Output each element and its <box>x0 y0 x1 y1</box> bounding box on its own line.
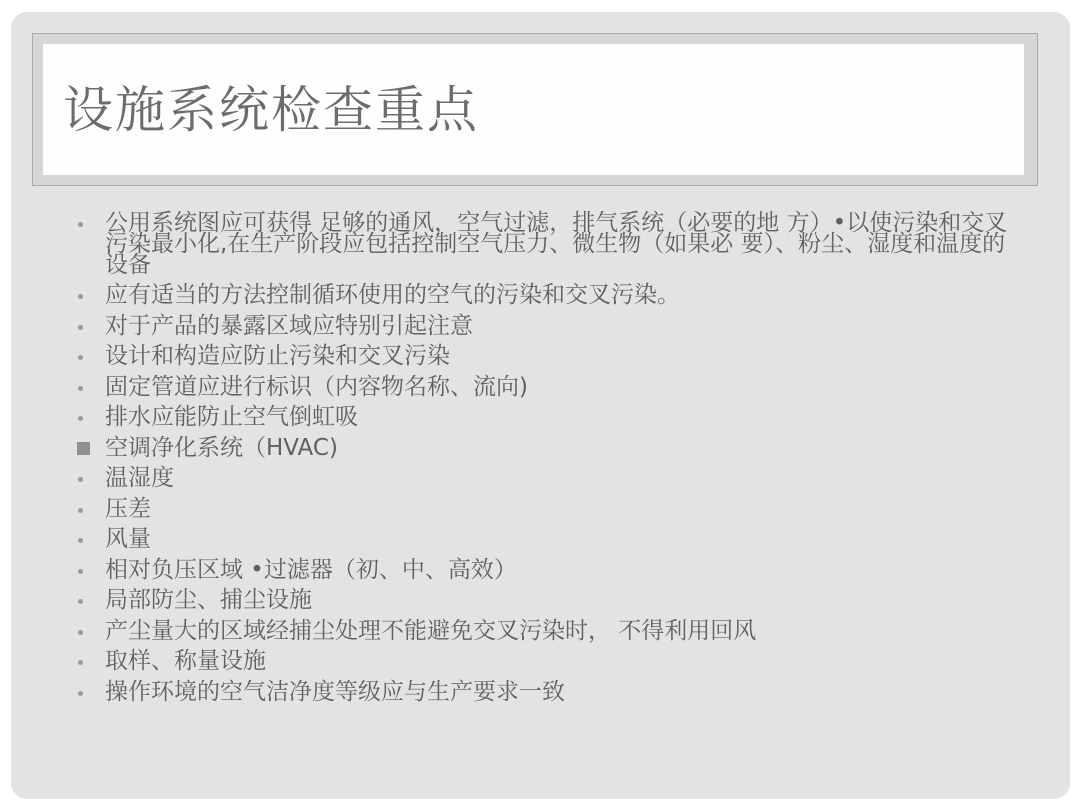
list-item: 相对负压区域 •过滤器（初、中、高效） <box>75 555 1025 586</box>
bullet-dot-icon <box>78 569 83 574</box>
bullet-square-icon <box>77 442 90 455</box>
title-frame: 设施系统检查重点 <box>32 33 1038 186</box>
list-item: 产尘量大的区域经捕尘处理不能避免交叉污染时， 不得利用回风 <box>75 616 1025 647</box>
bullet-dot-icon <box>78 325 83 330</box>
list-item-text: 温湿度 <box>105 465 174 491</box>
bullet-list: 公用系统图应可获得 足够的通风，空气过滤，排气系统（必要的地 方）•以使污染和交… <box>75 207 1025 707</box>
list-item-text: 操作环境的空气洁净度等级应与生产要求一致 <box>105 679 565 705</box>
list-item: 对于产品的暴露区域应特别引起注意 <box>75 311 1025 342</box>
bullet-dot-icon <box>78 508 83 513</box>
list-item-text: 固定管道应进行标识（内容物名称、流向) <box>105 374 528 400</box>
bullet-dot-icon <box>78 294 83 299</box>
bullet-dot-icon <box>78 477 83 482</box>
list-item-text: 局部防尘、捕尘设施 <box>105 587 312 613</box>
list-item: 操作环境的空气洁净度等级应与生产要求一致 <box>75 677 1025 708</box>
list-item: 应有适当的方法控制循环使用的空气的污染和交叉污染。 <box>75 280 1025 311</box>
list-item: 公用系统图应可获得 足够的通风，空气过滤，排气系统（必要的地 方）•以使污染和交… <box>75 207 1025 280</box>
bullet-dot-icon <box>78 660 83 665</box>
list-item-text: 相对负压区域 •过滤器（初、中、高效） <box>105 557 517 583</box>
list-item: 固定管道应进行标识（内容物名称、流向) <box>75 372 1025 403</box>
list-item: 压差 <box>75 494 1025 525</box>
list-item: 温湿度 <box>75 463 1025 494</box>
list-item: 局部防尘、捕尘设施 <box>75 585 1025 616</box>
list-item-text: 排水应能防止空气倒虹吸 <box>105 404 358 430</box>
list-item-text: 对于产品的暴露区域应特别引起注意 <box>105 313 473 339</box>
list-item: 排水应能防止空气倒虹吸 <box>75 402 1025 433</box>
list-item-text: 公用系统图应可获得 足够的通风，空气过滤，排气系统（必要的地 方）•以使污染和交… <box>105 210 1007 278</box>
list-item: 取样、称量设施 <box>75 646 1025 677</box>
list-item-text: 取样、称量设施 <box>105 648 266 674</box>
list-item-text: 压差 <box>105 496 151 522</box>
list-item-section: 空调净化系统（HVAC) <box>75 433 1025 464</box>
list-item-text: 设计和构造应防止污染和交叉污染 <box>105 343 450 369</box>
list-item: 设计和构造应防止污染和交叉污染 <box>75 341 1025 372</box>
bullet-dot-icon <box>78 630 83 635</box>
list-item-text: 风量 <box>105 526 151 552</box>
bullet-dot-icon <box>78 355 83 360</box>
bullet-dot-icon <box>78 599 83 604</box>
bullet-dot-icon <box>78 386 83 391</box>
slide: 设施系统检查重点 公用系统图应可获得 足够的通风，空气过滤，排气系统（必要的地 … <box>11 12 1070 799</box>
list-item-text: 产尘量大的区域经捕尘处理不能避免交叉污染时， 不得利用回风 <box>105 618 756 644</box>
bullet-dot-icon <box>78 538 83 543</box>
bullet-dot-icon <box>78 222 83 227</box>
bullet-dot-icon <box>78 416 83 421</box>
bullet-dot-icon <box>78 691 83 696</box>
list-item: 风量 <box>75 524 1025 555</box>
list-item-text: 应有适当的方法控制循环使用的空气的污染和交叉污染。 <box>105 282 680 308</box>
slide-title: 设施系统检查重点 <box>63 80 479 140</box>
title-box: 设施系统检查重点 <box>43 44 1024 175</box>
list-item-text: 空调净化系统（HVAC) <box>105 435 338 461</box>
